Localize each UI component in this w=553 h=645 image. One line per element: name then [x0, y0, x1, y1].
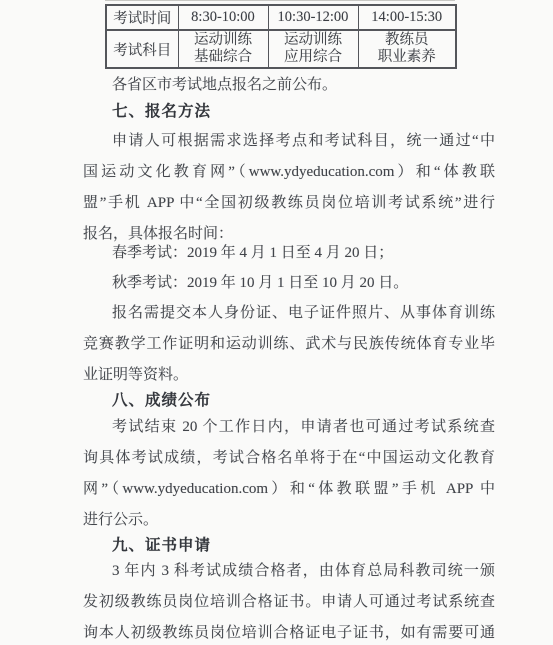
- paragraph-line: 国运动文化教育网”（www.ydyeducation.com）和“体教联: [83, 157, 495, 188]
- paragraph-line: 询本人初级教练员岗位培训合格证电子证书，如有需要可通: [83, 618, 495, 645]
- paragraph-required-documents: 报名需提交本人身份证、电子证件照片、从事体育训练 竞赛教学工作证明和运动训练、武…: [83, 298, 495, 391]
- paragraph-line: 竞赛教学工作证明和运动训练、武术与民族传统体育专业毕: [83, 329, 495, 360]
- document-page: 考试时间 8:30-10:00 10:30-12:00 14:00-15:30 …: [0, 0, 553, 645]
- exam-time-header-cell: 考试时间: [106, 5, 178, 30]
- paragraph-line: 询具体考试成绩，考试合格名单将于在“中国运动文化教育: [83, 443, 495, 474]
- exam-time-cell: 10:30-12:00: [268, 5, 358, 30]
- exam-schedule-table: 考试时间 8:30-10:00 10:30-12:00 14:00-15:30 …: [105, 4, 457, 69]
- paragraph-line: 考试结束 20 个工作日内，申请者也可通过考试系统查: [83, 412, 495, 443]
- exam-subject-header-cell: 考试科目: [106, 30, 178, 68]
- exam-subject-cell: 运动训练 基础综合: [178, 30, 268, 68]
- paragraph-line: 盟”手机 APP 中“全国初级教练员岗位培训考试系统”进行: [83, 188, 495, 219]
- subject-line: 运动训练: [179, 32, 268, 49]
- paragraph-spring-exam-dates: 春季考试：2019 年 4 月 1 日至 4 月 20 日；: [83, 238, 495, 269]
- paragraph-line: 3 年内 3 科考试成绩合格者，由体育总局科教司统一颁: [83, 556, 495, 587]
- table-row-exam-subject: 考试科目 运动训练 基础综合 运动训练 应用综合 教练员 职业素养: [106, 30, 456, 68]
- exam-subject-cell: 教练员 职业素养: [358, 30, 456, 68]
- paragraph-line: 报名需提交本人身份证、电子证件照片、从事体育训练: [83, 298, 495, 329]
- paragraph-line: 春季考试：2019 年 4 月 1 日至 4 月 20 日；: [83, 238, 495, 269]
- subject-line: 基础综合: [179, 49, 268, 66]
- subject-line: 教练员: [359, 32, 456, 49]
- paragraph-score-publication: 考试结束 20 个工作日内，申请者也可通过考试系统查 询具体考试成绩，考试合格名…: [83, 412, 495, 536]
- paragraph-line: 网”（www.ydyeducation.com）和“体教联盟”手机 APP 中: [83, 474, 495, 505]
- table-row-exam-time: 考试时间 8:30-10:00 10:30-12:00 14:00-15:30: [106, 5, 456, 30]
- paragraph-registration-method: 申请人可根据需求选择考点和考试科目，统一通过“中 国运动文化教育网”（www.y…: [83, 126, 495, 250]
- exam-subject-cell: 运动训练 应用综合: [268, 30, 358, 68]
- paragraph-line: 秋季考试：2019 年 10 月 1 日至 10 月 20 日。: [83, 268, 495, 299]
- paragraph-line: 发初级教练员岗位培训合格证书。申请人可通过考试系统查: [83, 587, 495, 618]
- table-cutoff-line: [105, 0, 455, 1]
- paragraph-line: 申请人可根据需求选择考点和考试科目，统一通过“中: [83, 126, 495, 157]
- subject-line: 应用综合: [269, 49, 358, 66]
- exam-time-cell: 8:30-10:00: [178, 5, 268, 30]
- exam-time-cell: 14:00-15:30: [358, 5, 456, 30]
- subject-line: 职业素养: [359, 49, 456, 66]
- paragraph-autumn-exam-dates: 秋季考试：2019 年 10 月 1 日至 10 月 20 日。: [83, 268, 495, 299]
- subject-line: 运动训练: [269, 32, 358, 49]
- section-heading-registration-method: 七、报名方法: [112, 96, 211, 127]
- paragraph-certificate-application: 3 年内 3 科考试成绩合格者，由体育总局科教司统一颁 发初级教练员岗位培训合格…: [83, 556, 495, 645]
